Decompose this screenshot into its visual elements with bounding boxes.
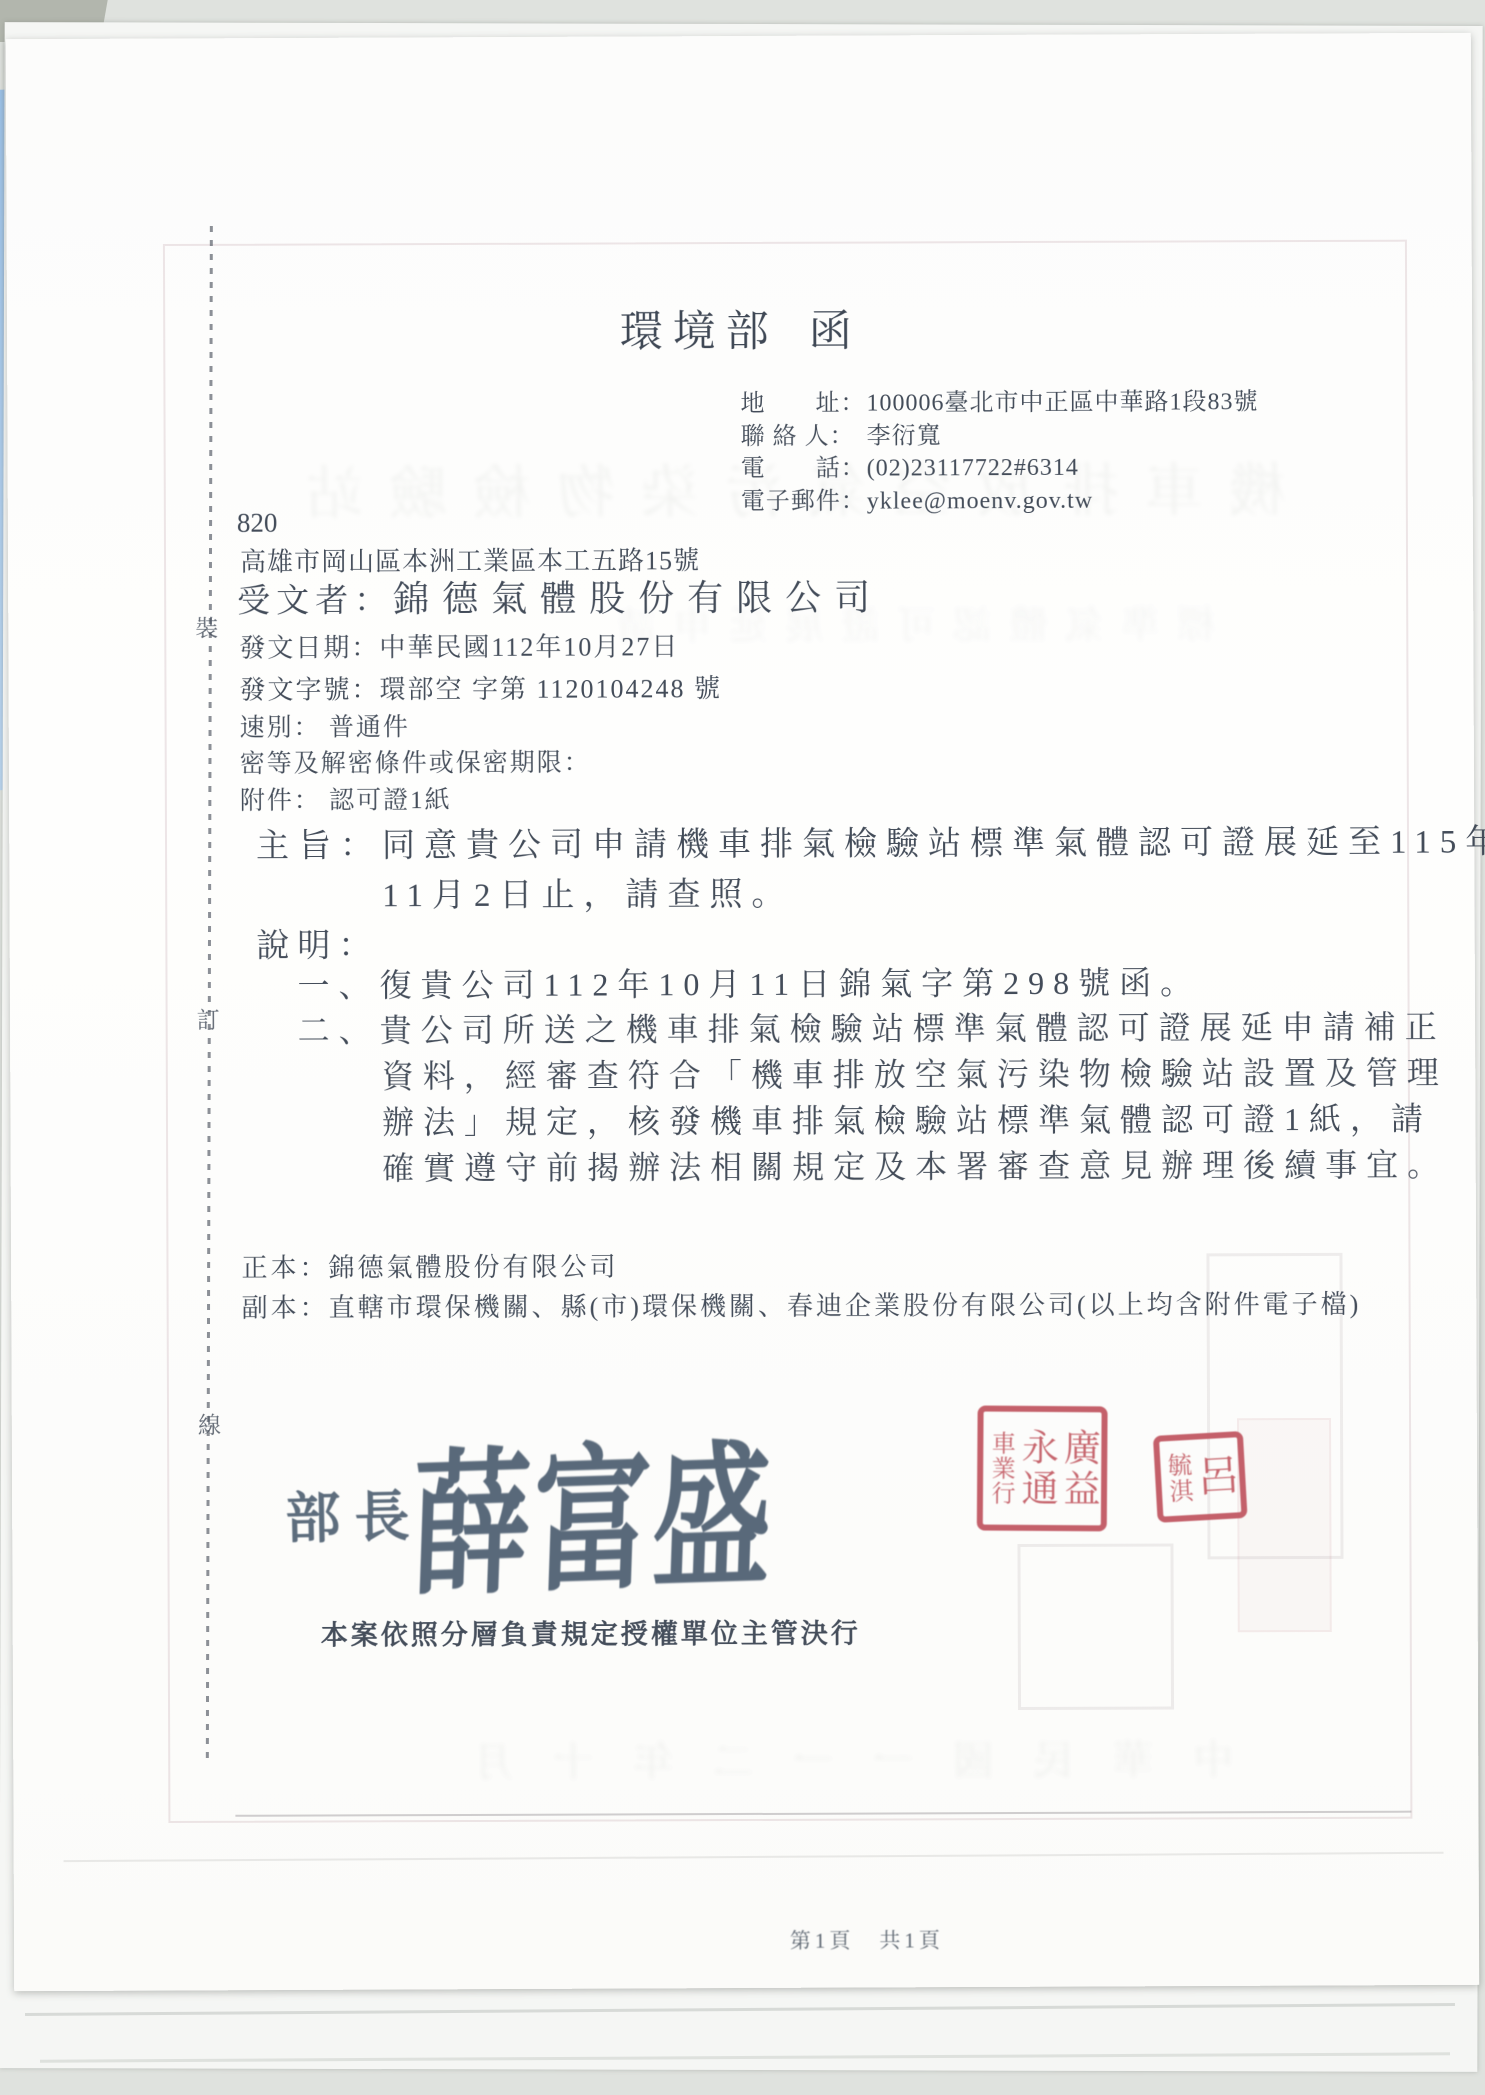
contact-row-person: 聯 絡 人：李衍寬 bbox=[741, 415, 942, 451]
seal-column: 永通 bbox=[1017, 1427, 1055, 1509]
meta-label: 速別： bbox=[240, 714, 321, 741]
contact-row-address: 地 址：100006臺北市中正區中華路1段83號 bbox=[740, 381, 1258, 418]
bleedthrough-text: 中華民國一一二年十月 bbox=[433, 1728, 1233, 1788]
frame-bottom-line-2 bbox=[64, 1852, 1444, 1862]
document-title: 環境部函 bbox=[0, 295, 1483, 361]
recipient-line: 受文者：錦德氣體股份有限公司 bbox=[237, 570, 883, 623]
binding-mark-zhuang: 裝 bbox=[195, 610, 229, 643]
delegation-note: 本案依照分層負責規定授權單位主管決行 bbox=[321, 1612, 861, 1653]
recipient-label: 受文者： bbox=[237, 583, 393, 620]
contact-label: 地 址： bbox=[740, 383, 866, 418]
contact-row-email: 電子郵件：yklee@moenv.gov.tw bbox=[741, 480, 1093, 516]
recipient-name: 錦德氣體股份有限公司 bbox=[393, 578, 883, 620]
recipient-zip: 820 bbox=[237, 508, 278, 539]
contact-value: yklee@moenv.gov.tw bbox=[867, 488, 1093, 515]
scanned-letter-photo: { "colors": { "ink": "#434c59", "seal_re… bbox=[0, 0, 1485, 2095]
contact-row-phone: 電 話：(02)23117722#6314 bbox=[741, 447, 1079, 483]
bleedthrough-seal-shadow bbox=[1237, 1418, 1332, 1632]
explanation-label: 說明： bbox=[256, 919, 379, 966]
binding-mark-xian: 線 bbox=[198, 1407, 232, 1440]
company-seal-stamp: 廣益 永通 車業行 bbox=[977, 1406, 1108, 1532]
subject-label: 主旨： bbox=[256, 828, 382, 864]
contact-label: 電子郵件： bbox=[741, 481, 867, 516]
name-seal-stamp: 呂 毓淇 bbox=[1153, 1431, 1248, 1523]
seal-column: 車業行 bbox=[988, 1431, 1013, 1506]
meta-label: 發文日期： bbox=[239, 633, 379, 662]
binding-mark-ding: 訂 bbox=[197, 1002, 231, 1035]
explanation-item-2: 二、貴公司所送之機車排氣檢驗站標準氣體認可證展延申請補正資料，經審查符合「機車排… bbox=[298, 1004, 1459, 1192]
copy-original-row: 正本：錦德氣體股份有限公司 bbox=[241, 1246, 618, 1284]
meta-row-date: 發文日期：中華民國112年10月27日 bbox=[239, 626, 679, 665]
subject-text: 同意貴公司申請機車排氣檢驗站標準氣體認可證展延至115年11月2日止，請查照。 bbox=[382, 824, 1485, 914]
contact-value: 李衍寬 bbox=[867, 423, 942, 449]
signature-name: 薛富盛 bbox=[409, 1390, 777, 1626]
contact-label: 聯 絡 人： bbox=[741, 416, 867, 451]
subject-paragraph: 主旨：同意貴公司申請機車排氣檢驗站標準氣體認可證展延至115年11月2日止，請查… bbox=[256, 817, 1485, 921]
meta-row-number: 發文字號：環部空 字第 1120104248 號 bbox=[239, 668, 722, 707]
meta-label: 發文字號： bbox=[239, 675, 379, 704]
meta-row-attachment: 附件： 認可證1紙 bbox=[240, 780, 452, 817]
seal-column: 廣益 bbox=[1059, 1428, 1097, 1510]
meta-value: 環部空 字第 1120104248 號 bbox=[379, 674, 722, 704]
meta-label: 附件： bbox=[240, 787, 321, 814]
item-number: 二、 bbox=[298, 1012, 380, 1048]
item-text: 貴公司所送之機車排氣檢驗站標準氣體認可證展延申請補正資料，經審查符合「機車排放空… bbox=[380, 1009, 1449, 1187]
meta-row-security: 密等及解密條件或保密期限： bbox=[240, 743, 591, 780]
doc-type: 函 bbox=[809, 309, 862, 356]
copy-label: 副本： bbox=[242, 1293, 329, 1322]
meta-value: 普通件 bbox=[329, 714, 410, 741]
agency-name: 環境部 bbox=[620, 309, 779, 357]
bleedthrough-box bbox=[1017, 1544, 1174, 1711]
copy-value: 直轄市環保機關、縣(市)環保機關、春迪企業股份有限公司(以上均含附件電子檔) bbox=[329, 1290, 1362, 1323]
item-number: 一、 bbox=[297, 967, 379, 1003]
seal-column: 呂 bbox=[1192, 1452, 1237, 1500]
signature-title: 部長 bbox=[285, 1472, 425, 1554]
seal-column: 毓淇 bbox=[1164, 1452, 1191, 1505]
meta-row-speed: 速別： 普通件 bbox=[240, 707, 410, 744]
copy-cc-row: 副本：直轄市環保機關、縣(市)環保機關、春迪企業股份有限公司(以上均含附件電子檔… bbox=[242, 1283, 1475, 1329]
page-number-footer: 第1頁 共1頁 bbox=[790, 1924, 944, 1955]
contact-label: 電 話： bbox=[741, 448, 867, 483]
explanation-item-1: 一、復貴公司112年10月11日錦氣字第298號函。 bbox=[297, 959, 1457, 1009]
copy-label: 正本： bbox=[241, 1253, 328, 1282]
letter-page: 裝 訂 線 機車排放空氣污染物檢驗站 標準氣體認可證展延申請 中華民國一一二年十… bbox=[0, 0, 1485, 2095]
contact-value: 100006臺北市中正區中華路1段83號 bbox=[866, 389, 1258, 416]
meta-label: 密等及解密條件或保密期限： bbox=[240, 750, 591, 778]
contact-value: (02)23117722#6314 bbox=[867, 455, 1079, 482]
meta-value: 認可證1紙 bbox=[329, 787, 452, 814]
item-text: 復貴公司112年10月11日錦氣字第298號函。 bbox=[379, 964, 1201, 1003]
copy-value: 錦德氣體股份有限公司 bbox=[328, 1252, 618, 1282]
meta-value: 中華民國112年10月27日 bbox=[379, 632, 679, 662]
